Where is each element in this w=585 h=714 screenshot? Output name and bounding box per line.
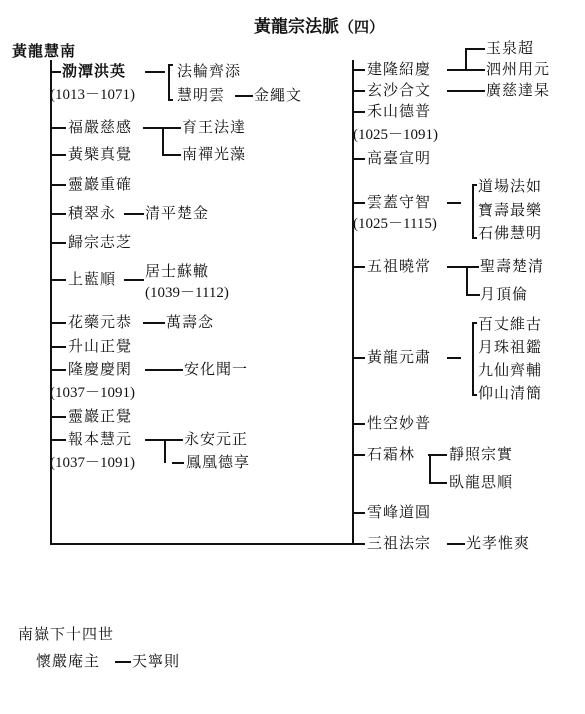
node-child: 道場法如 [478, 177, 542, 195]
years-label: (1037－1091) [50, 454, 135, 472]
branch-line [353, 202, 365, 204]
node-child: 泗州用元 [486, 60, 550, 78]
branch-line [51, 369, 66, 371]
branch-line [145, 369, 183, 371]
node-huangbo-zhenjue: 黃檗真覺 [68, 145, 132, 163]
node-child: 玉泉超 [486, 39, 534, 57]
generation-heading: 南嶽下十四世 [18, 625, 114, 643]
node-child: 月頂倫 [480, 285, 528, 303]
node-sanzu-fazong: 三祖法宗 [367, 534, 431, 552]
branch-line [353, 111, 365, 113]
node-heshan-depu: 禾山德普 [367, 102, 431, 120]
node-child: 萬壽念 [166, 313, 214, 331]
branch-line [353, 454, 365, 456]
node-lingyan-chongque: 靈巖重確 [68, 175, 132, 193]
bracket-line [168, 64, 173, 66]
node-child: 九仙齊輔 [478, 361, 542, 379]
branch-line [447, 543, 465, 545]
node-child: 月珠祖鑑 [478, 338, 542, 356]
node-child: 安化聞一 [184, 360, 248, 378]
branch-line [172, 462, 184, 464]
node-child: 南禪光藻 [182, 145, 246, 163]
branch-line [353, 543, 365, 545]
years-label: (1037－1091) [50, 384, 135, 402]
node-leftan-hongying: 泐潭洪英 [62, 62, 126, 80]
title-main: 黃龍宗法脈 [254, 17, 339, 37]
diagram-title: 黃龍宗法脈（四） [254, 18, 384, 36]
node-wuzu-xiaochang: 五祖曉常 [367, 257, 431, 275]
node-lingyan-zhengjue: 靈巖正覺 [68, 407, 132, 425]
branch-line [115, 661, 131, 663]
node-jianlong-shaoqing: 建隆紹慶 [367, 60, 431, 78]
branch-line [353, 512, 365, 514]
branch-line [51, 184, 66, 186]
node-child: 鳳凰德享 [186, 453, 250, 471]
node-child: 百丈維古 [478, 315, 542, 333]
bracket-line [472, 237, 477, 239]
node-child: 靜照宗實 [449, 445, 513, 463]
node-xuefeng-daoyuan: 雪峰道圓 [367, 503, 431, 521]
branch-line [353, 266, 365, 268]
branch-line [447, 90, 485, 92]
node-child: 育王法達 [182, 118, 246, 136]
branch-line [353, 357, 365, 359]
branch-line [51, 279, 66, 281]
node-child: 慧明雲 [177, 86, 225, 104]
root-node: 黃龍慧南 [12, 42, 76, 60]
years-label: (1039－1112) [145, 284, 229, 302]
bracket-line [472, 184, 474, 238]
node-guizong-zhizhi: 歸宗志芝 [68, 233, 132, 251]
branch-line [447, 357, 461, 359]
branch-line [51, 322, 66, 324]
node-child: 仰山清簡 [478, 384, 542, 402]
node-child: 清平楚金 [145, 204, 209, 222]
branch-line [353, 158, 365, 160]
branch-line [124, 213, 144, 215]
branch-line [51, 154, 66, 156]
node-child: 天寧則 [132, 652, 180, 670]
branch-line [429, 482, 447, 484]
branch-line [465, 48, 485, 50]
fork-line [164, 439, 166, 463]
branch-line [353, 69, 365, 71]
node-fuyan-cigan: 福嚴慈感 [68, 118, 132, 136]
branch-line [51, 127, 66, 129]
fork-line [162, 127, 164, 155]
branch-line [353, 90, 365, 92]
node-huayao-yuangong: 花藥元恭 [68, 313, 132, 331]
node-child: 聖壽楚清 [480, 257, 544, 275]
node-child: 臥龍思順 [449, 473, 513, 491]
node-child: 寶壽最樂 [478, 201, 542, 219]
branch-line [447, 202, 461, 204]
fork-line [466, 266, 468, 295]
branch-line [51, 439, 66, 441]
node-shanglan-shun: 上藍順 [68, 270, 116, 288]
title-part: （四） [339, 18, 384, 36]
branch-line [162, 154, 181, 156]
fork-line [429, 454, 431, 483]
branch-line [51, 71, 61, 73]
years-label: (1025－1115) [353, 215, 437, 233]
node-child: 廣慈達杲 [486, 81, 550, 99]
bracket-line [168, 99, 173, 101]
node-child: 居士蘇轍 [145, 262, 209, 280]
branch-line [51, 242, 66, 244]
bracket-line [472, 322, 477, 324]
node-baoben-huiyuan: 報本慧元 [68, 430, 132, 448]
node-child: 法輪齊添 [177, 62, 241, 80]
branch-line [143, 322, 165, 324]
fork-line [465, 48, 467, 70]
node-grandchild: 金繩文 [254, 86, 302, 104]
branch-line [235, 95, 253, 97]
bracket-line [472, 394, 477, 396]
node-shengshan-zhengjue: 升山正覺 [68, 337, 132, 355]
node-gaotai-xuanming: 高臺宣明 [367, 149, 431, 167]
years-label: (1013－1071) [50, 86, 135, 104]
node-xingkong-miaopu: 性空妙普 [367, 414, 431, 432]
node-jicui-yong: 積翠永 [68, 204, 116, 222]
node-child: 光孝惟爽 [466, 534, 530, 552]
bracket-line [472, 322, 474, 395]
branch-line [124, 279, 144, 281]
branch-line [51, 416, 66, 418]
bracket-line [472, 184, 477, 186]
branch-line [51, 346, 66, 348]
node-huaiyan-anzhu: 懷嚴庵主 [36, 652, 100, 670]
branch-line [447, 266, 479, 268]
branch-line [51, 213, 66, 215]
node-longqing-qingxian: 隆慶慶閑 [68, 360, 132, 378]
node-huanglong-yuansu: 黃龍元肅 [367, 348, 431, 366]
bracket-line [168, 64, 170, 100]
branch-line [428, 454, 447, 456]
branch-line [353, 423, 365, 425]
node-child: 石佛慧明 [478, 224, 542, 242]
branch-line [466, 294, 480, 296]
node-shishuang-lin: 石霜林 [367, 445, 415, 463]
years-label: (1025－1091) [353, 126, 438, 144]
node-xuansha-hewen: 玄沙合文 [367, 81, 431, 99]
bottom-connector-line [50, 543, 354, 545]
branch-line [145, 71, 165, 73]
node-child: 永安元正 [184, 430, 248, 448]
node-yungai-shouzhi: 雲蓋守智 [367, 193, 431, 211]
